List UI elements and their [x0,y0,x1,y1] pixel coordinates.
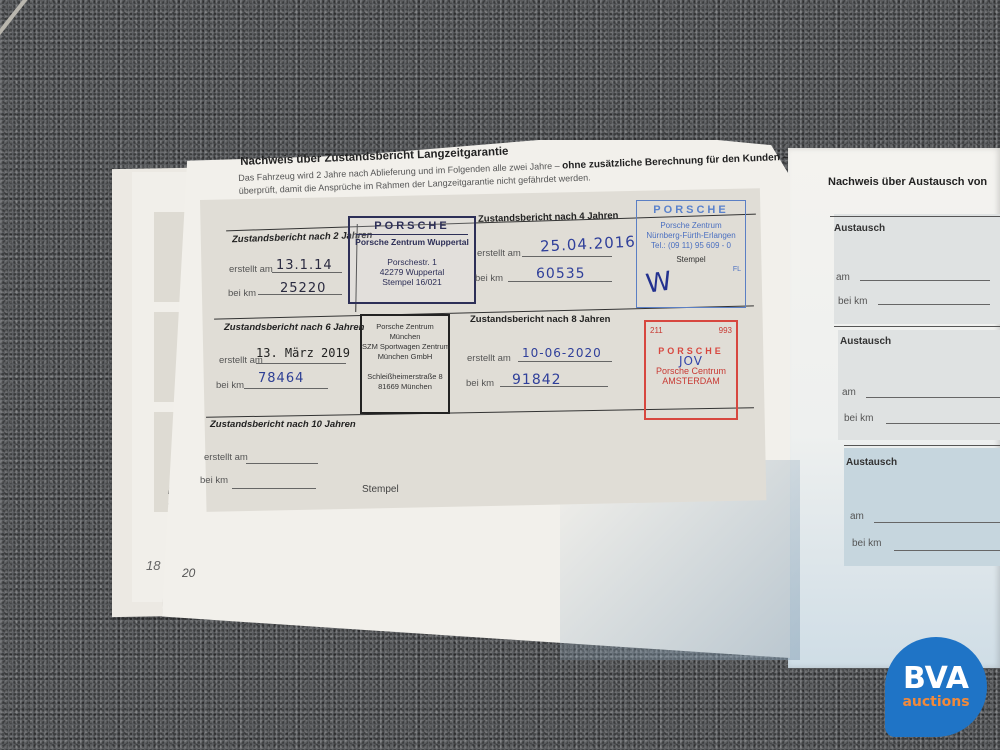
exchange-section-title: Austausch [846,457,897,468]
stamp-initials: JOV [646,356,736,366]
signature-4y: W [644,266,675,299]
exchange-km-label: bei km [844,413,873,424]
report-8y-title: Zustandsbericht nach 8 Jahren [470,314,610,325]
report-8y-date-label: erstellt am [467,353,511,364]
stamp-line: Stempel 16/021 [350,277,474,287]
report-4y-date-field[interactable] [522,256,612,257]
stamp-line: Schleißheimerstraße 8 [362,362,448,382]
report-10y-stamp-label: Stempel [362,484,399,495]
stamp-line: AMSTERDAM [646,376,736,386]
bva-auctions-logo: BVA auctions [885,637,987,737]
report-8y-date-field[interactable] [518,361,612,362]
report-2y-km-label: bei km [228,288,256,299]
exchange-section-title: Austausch [834,223,885,234]
stamp-line: Nürnberg-Fürth-Erlangen [637,231,745,241]
exchange-date-label: am [836,272,850,283]
exchange-date-field[interactable] [866,397,1000,398]
stamp-number-left: 211 [650,326,663,336]
right-page-title: Nachweis über Austausch von [828,176,987,188]
exchange-km-field[interactable] [886,423,1000,424]
exchange-section-title: Austausch [840,336,891,347]
porsche-logo: PORSCHE [637,201,745,221]
report-8y-km-label: bei km [466,378,494,389]
logo-brand-text: BVA [903,664,969,694]
stamp-line: Porsche Zentrum [637,221,745,231]
stamp-line: Stempel [637,251,745,265]
report-2y-date-label: erstellt am [229,264,273,275]
stamp-line: Porschestr. 1 [350,247,474,267]
report-10y-km-label: bei km [200,475,228,486]
report-4y-km-label: bei km [475,273,503,284]
stamp-line: Porsche Zentrum [362,316,448,332]
exchange-km-label: bei km [852,538,881,549]
report-4y-date-label: erstellt am [477,248,521,259]
report-6y-date-field[interactable] [256,363,346,364]
logo-sub-text: auctions [902,694,969,710]
report-10y-km-field[interactable] [232,488,316,489]
report-10y-date-field[interactable] [246,463,318,464]
report-6y-km-field[interactable] [244,388,328,389]
exchange-date-field[interactable] [860,280,990,281]
porsche-logo: PORSCHE [356,218,468,235]
exchange-km-label: bei km [838,296,867,307]
divider [844,445,1000,446]
dealer-stamp-wuppertal: PORSCHE Porsche Zentrum Wuppertal Porsch… [348,216,476,304]
stamp-line: Porsche Zentrum Wuppertal [350,235,474,247]
report-8y-km-value: 91842 [512,372,562,388]
page-number-20: 20 [182,566,195,580]
report-8y-date-value: 10-06-2020 [522,346,602,360]
divider [830,216,1000,217]
dealer-stamp-muenchen: Porsche Zentrum München SZM Sportwagen Z… [360,314,450,414]
exchange-km-field[interactable] [878,304,990,305]
stamp-line: München [362,332,448,342]
porsche-logo: PORSCHE [646,336,736,356]
stamp-number-right: 993 [719,326,732,336]
stamp-number-row: 211 993 [646,322,736,336]
report-4y-km-value: 60535 [536,266,586,282]
report-10y-date-label: erstellt am [204,452,248,463]
stamp-line: 81669 München [362,382,448,392]
stamp-line: Tel.: (09 11) 95 609 - 0 [637,241,745,251]
report-2y-date-value: 13.1.14 [276,258,333,273]
report-2y-km-value: 25220 [280,281,326,296]
dealer-stamp-amsterdam: 211 993 PORSCHE JOV Porsche Centrum AMST… [644,320,738,420]
exchange-date-label: am [850,511,864,522]
stamp-line: München GmbH [362,352,448,362]
report-6y-date-value: 13. März 2019 [256,346,350,360]
report-6y-km-label: bei km [216,380,244,391]
exchange-date-label: am [842,387,856,398]
exchange-date-field[interactable] [874,522,1000,523]
report-6y-title: Zustandsbericht nach 6 Jahren [224,322,364,333]
page-number-18: 18 [146,558,160,573]
exchange-km-field[interactable] [894,550,1000,551]
divider [834,326,1000,327]
report-10y-title: Zustandsbericht nach 10 Jahren [210,419,356,430]
stamp-line: SZM Sportwagen Zentrum [362,342,448,352]
stamp-line: 42279 Wuppertal [350,267,474,277]
report-6y-km-value: 78464 [258,371,304,386]
stamp-line: Porsche Centrum [646,366,736,376]
floor-seam [0,0,105,82]
